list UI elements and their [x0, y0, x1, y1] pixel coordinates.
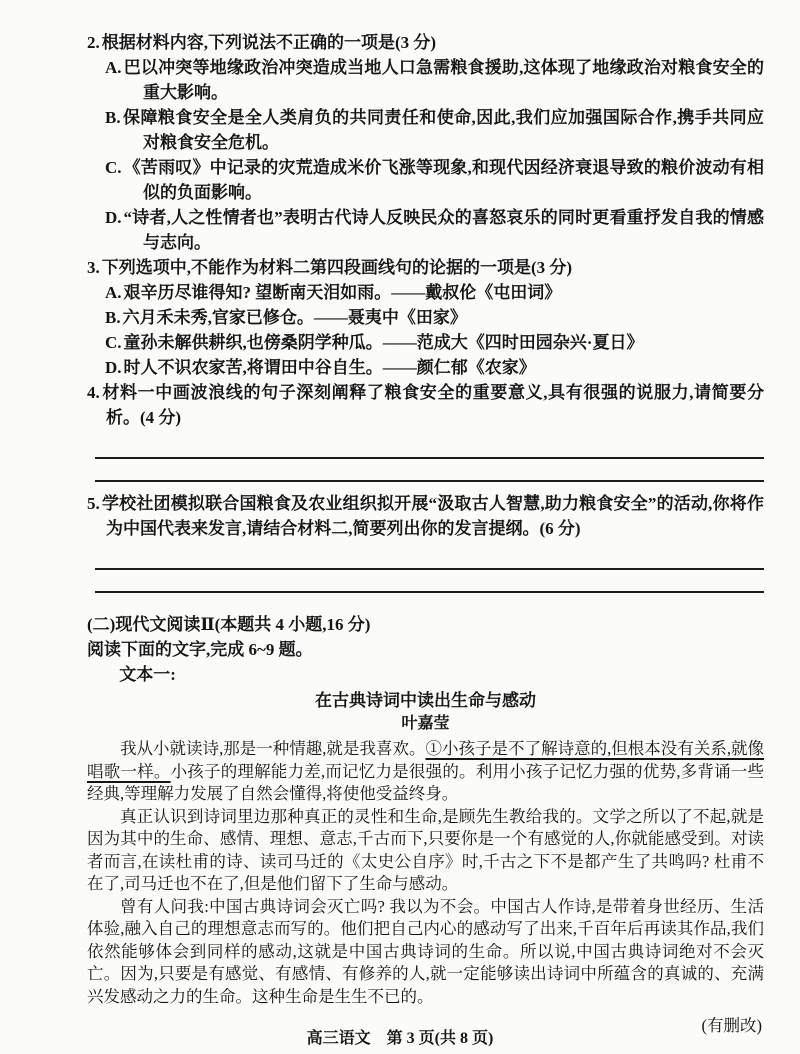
page-footer: 高三语文 第 3 页(共 8 页) [0, 1025, 800, 1048]
question-5-text: 学校社团模拟联合国粮食及农业组织拟开展“汲取古人智慧,助力粮食安全”的活动,你将… [102, 494, 764, 538]
passage-author: 叶嘉莹 [87, 713, 764, 735]
page-content: 2.根据材料内容,下列说法不正确的一项是(3 分) A.巴以冲突等地缘政治冲突造… [87, 30, 764, 1037]
question-2-options: A.巴以冲突等地缘政治冲突造成当地人口急需粮食援助,这体现了地缘政治对粮食安全的… [105, 55, 764, 255]
option-label: A. [105, 283, 124, 302]
option-row: A.巴以冲突等地缘政治冲突造成当地人口急需粮食援助,这体现了地缘政治对粮食安全的… [105, 55, 764, 105]
question-5: 5.学校社团模拟联合国粮食及农业组织拟开展“汲取古人智慧,助力粮食安全”的活动,… [87, 491, 764, 541]
question-3: 3.下列选项中,不能作为材料二第四段画线句的论据的一项是(3 分) A.艰辛历尽… [87, 255, 764, 380]
option-text: 保障粮食安全是全人类肩负的共同责任和使命,因此,我们应加强国际合作,携手共同应对… [123, 108, 764, 152]
option-text: 六月禾未秀,官家已修仓。——聂夷中《田家》 [123, 308, 467, 327]
paragraph-1-pre: 我从小就读诗,那是一种情趣,就是我喜欢。 [120, 739, 426, 758]
answer-line [95, 547, 764, 570]
option-row: B.六月禾未秀,官家已修仓。——聂夷中《田家》 [105, 305, 764, 330]
question-3-text: 下列选项中,不能作为材料二第四段画线句的论据的一项是(3 分) [102, 258, 572, 277]
option-label: C. [105, 333, 124, 352]
question-4-answer-area [95, 436, 764, 482]
passage-paragraph-2: 真正认识到诗词里边那种真正的灵性和生命,是顾先生教给我的。文学之所以了不起,就是… [87, 806, 764, 896]
answer-line [95, 436, 764, 459]
question-5-stem: 5.学校社团模拟联合国粮食及农业组织拟开展“汲取古人智慧,助力粮食安全”的活动,… [87, 491, 764, 541]
option-row: A.艰辛历尽谁得知? 望断南天泪如雨。——戴叔伦《屯田词》 [105, 280, 764, 305]
option-label: A. [105, 58, 124, 77]
option-text: “诗者,人之性情者也”表明古代诗人反映民众的喜怒哀乐的同时更看重抒发自我的情感与… [124, 208, 764, 252]
passage-title: 在古典诗词中读出生命与感动 [87, 689, 764, 713]
paragraph-1-post: 小孩子的理解能力差,而记忆力是很强的。利用小孩子记忆力强的优势,多背诵一些经典,… [87, 762, 764, 804]
exam-page: 2.根据材料内容,下列说法不正确的一项是(3 分) A.巴以冲突等地缘政治冲突造… [0, 0, 800, 1054]
option-row: B.保障粮食安全是全人类肩负的共同责任和使命,因此,我们应加强国际合作,携手共同… [105, 105, 764, 155]
question-4-stem: 4.材料一中画波浪线的句子深刻阐释了粮食安全的重要意义,具有很强的说服力,请简要… [87, 380, 764, 430]
option-text: 巴以冲突等地缘政治冲突造成当地人口急需粮食援助,这体现了地缘政治对粮食安全的重大… [124, 58, 764, 102]
option-label: B. [105, 108, 123, 127]
question-2: 2.根据材料内容,下列说法不正确的一项是(3 分) A.巴以冲突等地缘政治冲突造… [87, 30, 764, 255]
option-text: 童孙未解供耕织,也傍桑阴学种瓜。——范成大《四时田园杂兴·夏日》 [124, 333, 644, 352]
question-2-stem: 2.根据材料内容,下列说法不正确的一项是(3 分) [87, 30, 764, 55]
option-row: C.《苦雨叹》中记录的灾荒造成米价飞涨等现象,和现代因经济衰退导致的粮价波动有相… [105, 155, 764, 205]
question-2-text: 根据材料内容,下列说法不正确的一项是(3 分) [102, 33, 436, 52]
option-label: B. [105, 308, 123, 327]
option-label: D. [105, 208, 124, 227]
question-5-answer-area [95, 547, 764, 593]
question-3-options: A.艰辛历尽谁得知? 望断南天泪如雨。——戴叔伦《屯田词》 B.六月禾未秀,官家… [105, 280, 764, 380]
option-text: 时人不识农家苦,将谓田中谷自生。——颜仁郁《农家》 [124, 358, 536, 377]
option-text: 艰辛历尽谁得知? 望断南天泪如雨。——戴叔伦《屯田词》 [124, 283, 562, 302]
answer-line [95, 459, 764, 482]
option-label: D. [105, 358, 124, 377]
option-row: D.“诗者,人之性情者也”表明古代诗人反映民众的喜怒哀乐的同时更看重抒发自我的情… [105, 205, 764, 255]
passage-paragraph-3: 曾有人问我:中国古典诗词会灭亡吗? 我以为不会。中国古人作诗,是带着身世经历、生… [87, 896, 764, 1009]
question-3-number: 3. [87, 258, 102, 277]
option-text: 《苦雨叹》中记录的灾荒造成米价飞涨等现象,和现代因经济衰退导致的粮价波动有相似的… [124, 158, 764, 202]
question-4-text: 材料一中画波浪线的句子深刻阐释了粮食安全的重要意义,具有很强的说服力,请简要分析… [102, 383, 764, 427]
option-row: C.童孙未解供耕织,也傍桑阴学种瓜。——范成大《四时田园杂兴·夏日》 [105, 330, 764, 355]
question-5-number: 5. [87, 494, 102, 513]
question-4: 4.材料一中画波浪线的句子深刻阐释了粮食安全的重要意义,具有很强的说服力,请简要… [87, 380, 764, 430]
passage-paragraph-1: 我从小就读诗,那是一种情趣,就是我喜欢。①小孩子是不了解诗意的,但根本没有关系,… [87, 738, 764, 806]
reading-instruction: 阅读下面的文字,完成 6~9 题。 [87, 637, 764, 662]
option-label: C. [105, 158, 124, 177]
section-2-heading: (二)现代文阅读Ⅱ(本题共 4 小题,16 分) [87, 612, 764, 637]
answer-line [95, 570, 764, 593]
text-one-label: 文本一: [87, 662, 764, 687]
question-2-number: 2. [87, 33, 102, 52]
question-3-stem: 3.下列选项中,不能作为材料二第四段画线句的论据的一项是(3 分) [87, 255, 764, 280]
question-4-number: 4. [87, 383, 102, 402]
option-row: D.时人不识农家苦,将谓田中谷自生。——颜仁郁《农家》 [105, 355, 764, 380]
